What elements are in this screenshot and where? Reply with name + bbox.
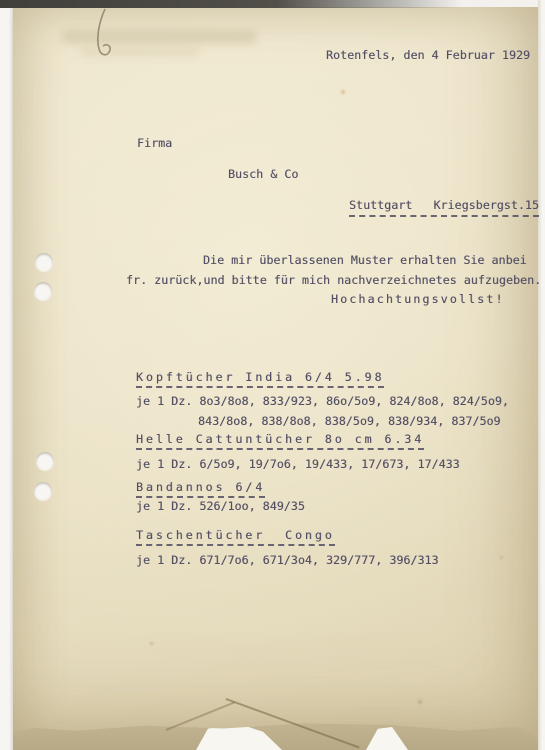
paper-stain bbox=[150, 642, 153, 645]
section-heading-taschentuecher: Taschentücher Congo bbox=[136, 529, 335, 546]
punch-hole bbox=[34, 282, 52, 300]
address-line: Stuttgart Kriegsbergst.15 bbox=[349, 199, 539, 217]
paper-stain bbox=[341, 90, 345, 94]
section-line: je 1 Dz. 526/1oo, 849/35 bbox=[136, 500, 305, 513]
section-line: je 1 Dz. 8o3/8o8, 833/923, 86o/5o9, 824/… bbox=[136, 395, 509, 408]
punch-hole bbox=[36, 452, 54, 470]
paper-stain bbox=[500, 556, 503, 559]
body-line-2: fr. zurück,und bitte für mich nachverzei… bbox=[126, 274, 541, 287]
section-line: 843/8o8, 838/8o8, 838/5o9, 838/934, 837/… bbox=[198, 415, 501, 428]
paper-stain bbox=[418, 700, 422, 704]
scanner-edge-top bbox=[0, 0, 462, 8]
punch-hole bbox=[35, 253, 53, 271]
section-heading-bandannos: Bandannos 6/4 bbox=[136, 481, 265, 498]
company-name: Busch & Co bbox=[228, 168, 298, 181]
section-line: je 1 Dz. 6/5o9, 19/7o6, 19/433, 17/673, … bbox=[136, 458, 460, 471]
date-line: Rotenfels, den 4 Februar 1929 bbox=[326, 49, 530, 62]
salutation: Firma bbox=[137, 137, 172, 150]
body-line-1: Die mir überlassenen Muster erhalten Sie… bbox=[203, 254, 527, 267]
scanner-edge-left bbox=[0, 0, 13, 750]
scanner-edge-right bbox=[538, 0, 545, 750]
closing-line: Hochachtungsvollst! bbox=[331, 293, 505, 306]
section-heading-cattuntuecher: Helle Cattuntücher 8o cm 6.34 bbox=[136, 433, 424, 450]
pencil-mark bbox=[86, 6, 116, 62]
section-heading-kopftuecher: Kopftücher India 6/4 5.98 bbox=[136, 371, 384, 388]
punch-hole bbox=[34, 482, 52, 500]
section-line: je 1 Dz. 671/7o6, 671/3o4, 329/777, 396/… bbox=[136, 554, 439, 567]
